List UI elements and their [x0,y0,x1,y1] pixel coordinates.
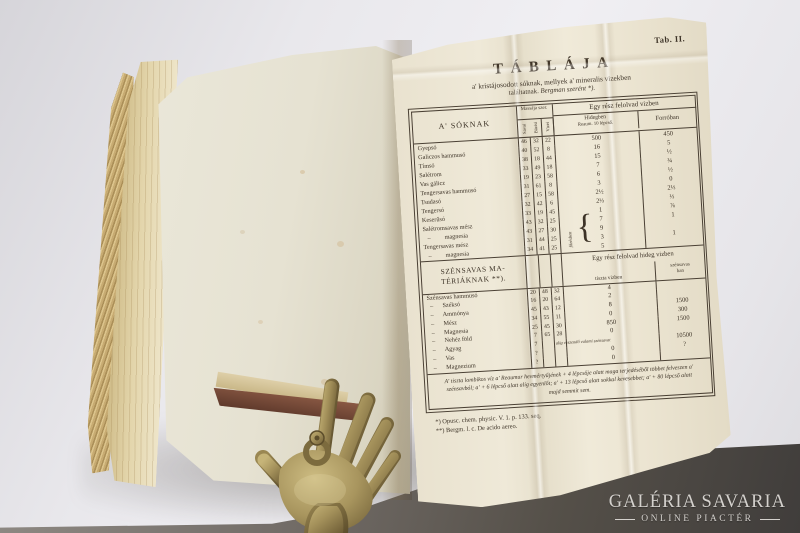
table2-body: Szénsavas hammusó 20 48 32 4 [422,278,709,374]
tiszta-value: 0 [611,345,615,352]
vizei-value [555,357,568,366]
tiszta-value: 0 [610,328,614,335]
bazisi-value: 41 [537,244,550,254]
szensavas-materiak-header: SZÉNSAVAS MA- TÉRIÁKNAK **). [420,256,527,294]
table2-narrow-cols [525,253,563,287]
tiszta-value: 8 [608,301,612,308]
subcol-vizei: Vizei [541,118,554,136]
col-header-soknak: A' SÓKNAK [411,106,518,143]
subcol-hidegben: Hidegben Reaum. 10 lépcső. [553,111,639,133]
subcol-forroban: Forróban [638,107,697,127]
hidegben-label: Hidegben [584,114,606,121]
tiszta-value: 2 [608,292,612,299]
tiszta-value: 850 [606,319,616,327]
hand-shape [263,386,395,533]
group-brace: { [576,209,594,246]
watermark-subtitle: ONLINE PIACTÉR [609,514,786,524]
subcol-szensavas: szénsavas ban [655,258,706,280]
vizei-value: 25 [549,244,562,254]
table-frame-inner: A' SÓKNAK Massája szer. Savai Bázisi Viz… [410,94,712,410]
watermark-title: GALÉRIA SAVARIA [609,492,786,513]
subcol-bazisi: Bázisi [529,118,542,136]
col-header-massaja-group: Massája szer. Savai Bázisi Vizei [516,104,554,137]
bazisi-value [543,357,556,366]
szensavas-word: szénsavas [670,262,690,268]
reaumur-label: Reaum. 10 lépcső. [553,119,637,130]
savai-value: 34 [525,245,538,255]
savai-value: ? [531,358,544,367]
tiszta-value: 4 [607,284,611,291]
foxing-spots [300,170,305,174]
plate-number: Tab. II. [654,33,685,45]
tiszta-value: 0 [609,310,613,317]
massaja-subcols: Savai Bázisi Vizei [517,118,553,137]
watermark: GALÉRIA SAVARIA ONLINE PIACTÉR [609,492,786,524]
ban-word: ban [677,269,685,274]
tiszta-value: 0 [612,354,616,361]
photo-stage: Tab. II. TÁBLÁJA a' kristájosodott sókna… [0,0,800,533]
table-frame: A' SÓKNAK Massája szer. Savai Bázisi Viz… [408,92,716,414]
table1-body: Gyepsó 46 32 22 500 450 Galiczos hammusó… [413,127,702,261]
subcol-savai: Savai [517,119,530,137]
brass-hand-sculpture [220,370,452,533]
